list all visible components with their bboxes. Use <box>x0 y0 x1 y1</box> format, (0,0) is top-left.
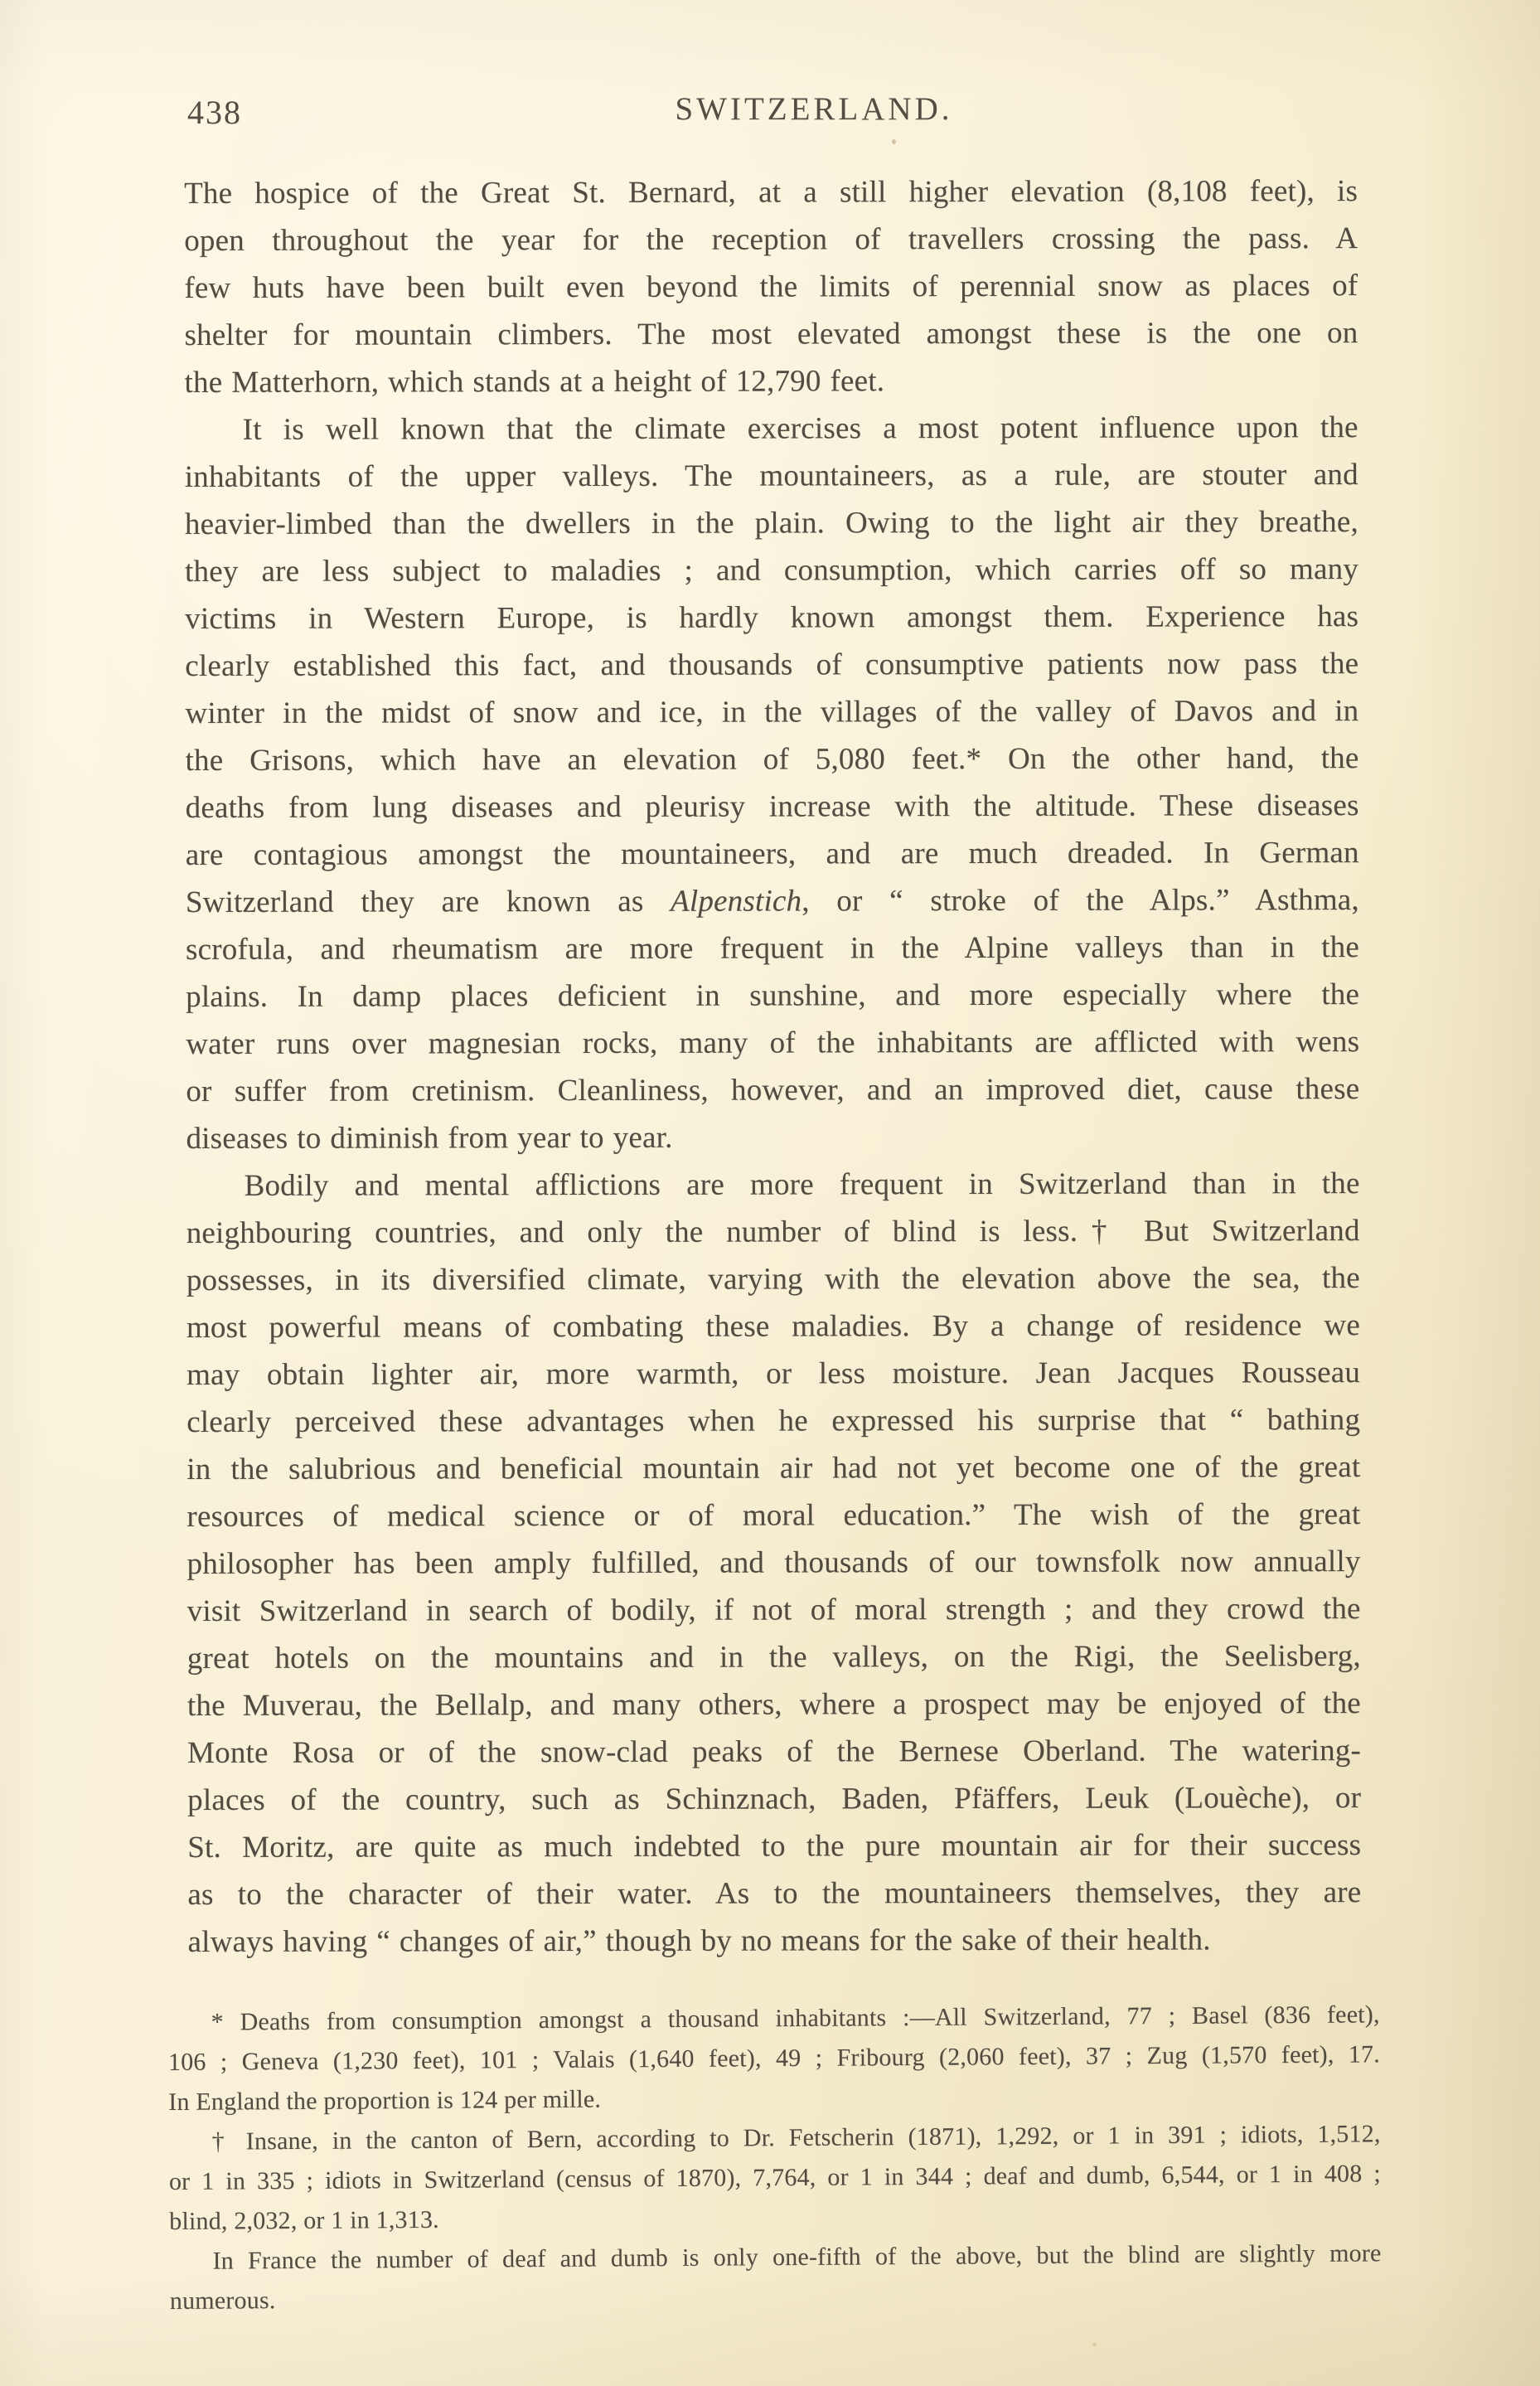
text-line: in the salubrious and beneficial mountai… <box>186 1443 1360 1493</box>
text-line: inhabitants of the upper valleys. The mo… <box>185 451 1358 501</box>
text-line: numerous. <box>170 2273 1382 2321</box>
text-line: It is well known that the climate exerci… <box>185 404 1358 453</box>
text-line: the Matterhorn, which stands at a height… <box>184 356 1358 406</box>
text-line: always having “ changes of air,” though … <box>187 1916 1361 1966</box>
text-line: clearly established this fact, and thous… <box>185 640 1358 690</box>
text-line: St. Moritz, are quite as much indebted t… <box>187 1821 1361 1871</box>
text-line: Switzerland they are known as Alpenstich… <box>186 876 1359 926</box>
text-line: possesses, in its diversified climate, v… <box>186 1254 1360 1304</box>
text-line: The hospice of the Great St. Bernard, at… <box>184 167 1358 217</box>
text-line: few huts have been built even beyond the… <box>184 262 1358 312</box>
text-line: places of the country, such as Schinznac… <box>187 1774 1361 1824</box>
text-line: they are less subject to maladies ; and … <box>185 546 1358 595</box>
text-line: In France the number of deaf and dumb is… <box>169 2233 1381 2282</box>
text-line: or 1 in 335 ; idiots in Switzerland (cen… <box>169 2154 1381 2202</box>
text-line: or suffer from cretinism. Cleanliness, h… <box>186 1065 1359 1115</box>
text-line: scrofula, and rheumatism are more freque… <box>186 924 1359 973</box>
paragraph: The hospice of the Great St. Bernard, at… <box>184 167 1358 406</box>
text-line: diseases to diminish from year to year. <box>186 1113 1359 1162</box>
text-line: most powerful means of combating these m… <box>186 1302 1360 1351</box>
text-line: winter in the midst of snow and ice, in … <box>185 687 1358 737</box>
text-line: shelter for mountain climbers. The most … <box>184 309 1358 359</box>
paper-speck <box>1092 2343 1097 2346</box>
page-header: 438 SWITZERLAND. <box>184 91 1358 131</box>
text-line: plains. In damp places deficient in suns… <box>186 971 1359 1021</box>
text-line: deaths from lung diseases and pleurisy i… <box>186 782 1359 832</box>
text-line: the Muverau, the Bellalp, and many other… <box>187 1680 1361 1729</box>
text-line: philosopher has been amply fulfilled, an… <box>186 1538 1360 1588</box>
text-line: water runs over magnesian rocks, many of… <box>186 1018 1359 1068</box>
body-text: The hospice of the Great St. Bernard, at… <box>184 167 1362 1966</box>
paragraph: Bodily and mental afflictions are more f… <box>186 1160 1362 1966</box>
text-line: victims in Western Europe, is hardly kno… <box>185 593 1358 643</box>
paper-speck <box>892 139 896 144</box>
book-page: 438 SWITZERLAND. The hospice of the Grea… <box>0 0 1540 2386</box>
text-line: as to the character of their water. As t… <box>187 1869 1361 1918</box>
text-line: heavier-limbed than the dwellers in the … <box>185 498 1358 548</box>
text-line: great hotels on the mountains and in the… <box>187 1632 1361 1682</box>
paragraph: * Deaths from consumption amongst a thou… <box>167 1995 1380 2122</box>
text-line: clearly perceived these advantages when … <box>186 1396 1360 1446</box>
text-line: 106 ; Geneva (1,230 feet), 101 ; Valais … <box>168 2034 1380 2083</box>
paragraph: † Insane, in the canton of Bern, accordi… <box>168 2114 1381 2242</box>
running-title: SWITZERLAND. <box>227 91 1401 128</box>
text-line: open throughout the year for the recepti… <box>184 215 1358 264</box>
text-line: Monte Rosa or of the snow-clad peaks of … <box>187 1727 1361 1777</box>
text-line: are contagious amongst the mountaineers,… <box>186 829 1359 879</box>
text-line: visit Switzerland in search of bodily, i… <box>187 1585 1361 1635</box>
text-line: resources of medical science or of moral… <box>186 1491 1360 1540</box>
footnotes: * Deaths from consumption amongst a thou… <box>167 1995 1382 2321</box>
paragraph: It is well known that the climate exerci… <box>185 404 1360 1162</box>
text-line: the Grisons, which have an elevation of … <box>185 735 1358 784</box>
text-line: neighbouring countries, and only the num… <box>186 1207 1360 1257</box>
text-line: Bodily and mental afflictions are more f… <box>186 1160 1360 1210</box>
paragraph: In France the number of deaf and dumb is… <box>169 2233 1382 2321</box>
text-line: may obtain lighter air, more warmth, or … <box>186 1349 1360 1399</box>
